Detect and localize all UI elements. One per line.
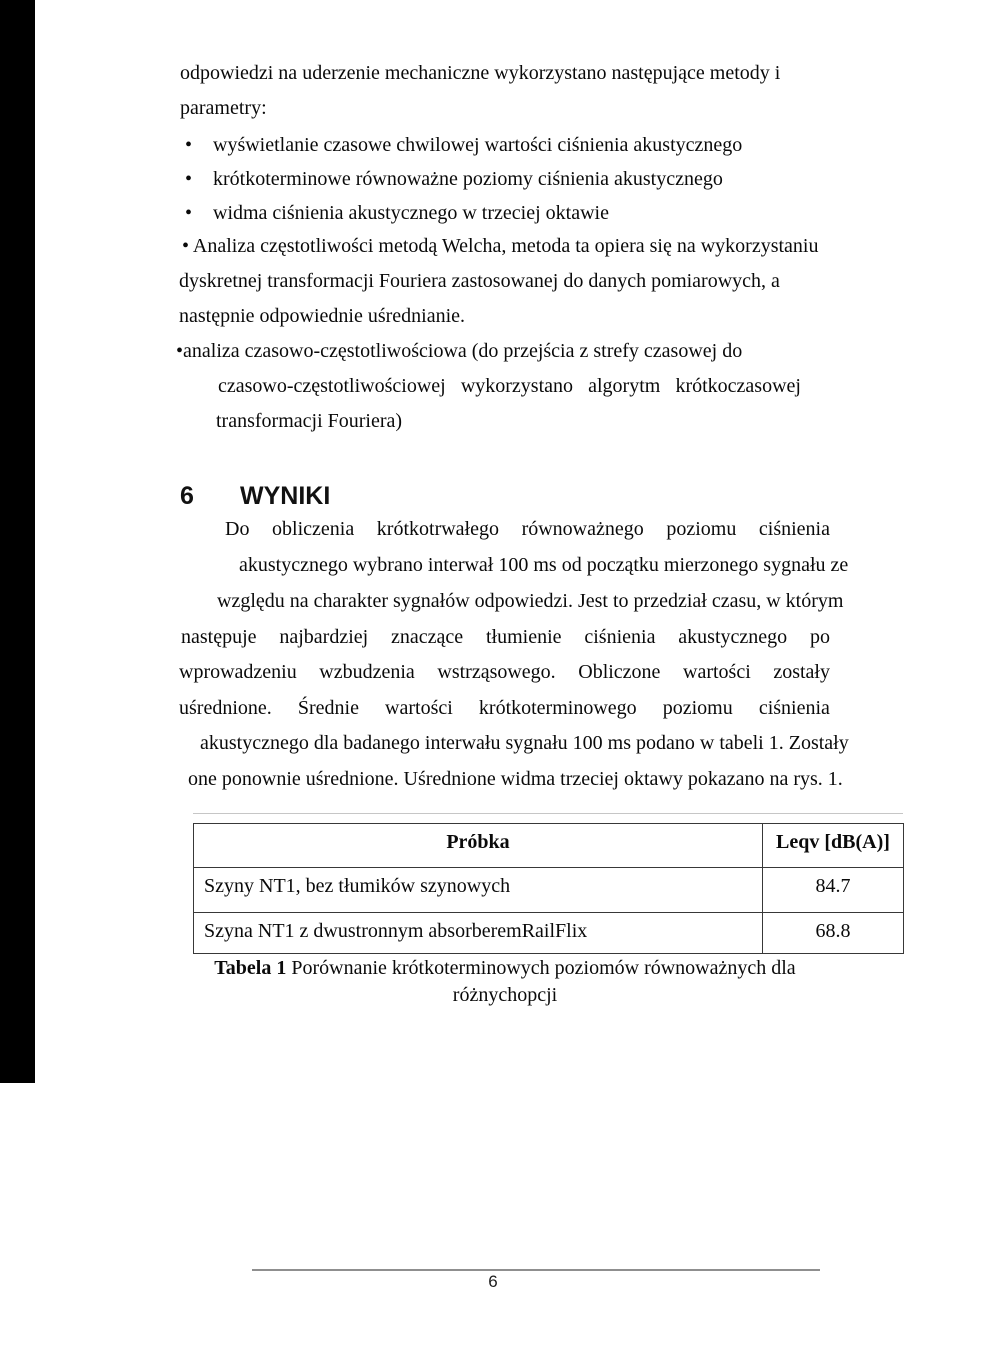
results-table: Próbka Leqv [dB(A)] Szyny NT1, bez tłumi…: [193, 823, 904, 954]
bullet-icon: •: [185, 202, 213, 225]
body-line: akustycznego wybrano interwał 100 ms od …: [239, 554, 848, 577]
body-line: Doobliczeniakrótkotrwałegorównoważnegopo…: [225, 518, 830, 541]
body-line: • Analiza częstotliwości metodą Welcha, …: [182, 235, 818, 258]
bullet-item-text: krótkoterminowe równoważne poziomy ciśni…: [213, 168, 723, 191]
body-line: następnie odpowiednie uśrednianie.: [179, 305, 465, 328]
body-line: parametry:: [180, 97, 267, 120]
body-line: względu na charakter sygnałów odpowiedzi…: [217, 590, 843, 613]
section-title: WYNIKI: [240, 482, 330, 511]
body-line: •analiza czasowo-częstotliwościowa (do p…: [176, 340, 742, 363]
table-top-faint-rule: [193, 813, 903, 814]
table-header-probka: Próbka: [194, 824, 763, 868]
body-line: one ponownie uśrednione. Uśrednione widm…: [188, 768, 843, 791]
body-line: uśrednione.Średniewartościkrótkoterminow…: [179, 697, 830, 720]
bullet-icon: •: [185, 168, 213, 191]
section-number: 6: [180, 482, 194, 511]
body-line: odpowiedzi na uderzenie mechaniczne wyko…: [180, 62, 780, 85]
table-row: Szyny NT1, bez tłumików szynowych 84.7: [194, 868, 904, 913]
bullet-item-text: widma ciśnienia akustycznego w trzeciej …: [213, 202, 609, 225]
left-scan-black-bar: [0, 0, 35, 1083]
table-cell-value: 84.7: [763, 868, 904, 913]
bullet-item-text: wyświetlanie czasowe chwilowej wartości …: [213, 134, 742, 157]
bullet-item: •wyświetlanie czasowe chwilowej wartości…: [185, 134, 825, 157]
table-cell-value: 68.8: [763, 913, 904, 954]
table-row: Szyna NT1 z dwustronnym absorberemRailFl…: [194, 913, 904, 954]
page-number: 6: [463, 1272, 523, 1292]
body-line: dyskretnej transformacji Fouriera zastos…: [179, 270, 780, 293]
paper-page: odpowiedzi na uderzenie mechaniczne wyko…: [0, 0, 1000, 1350]
table-header-leqv: Leqv [dB(A)]: [763, 824, 904, 868]
body-line: czasowo-częstotliwościowejwykorzystanoal…: [218, 375, 801, 398]
table-header-row: Próbka Leqv [dB(A)]: [194, 824, 904, 868]
body-line: akustycznego dla badanego interwału sygn…: [200, 732, 849, 755]
table-caption: Tabela 1 Porównanie krótkoterminowych po…: [180, 957, 830, 1007]
table-caption-line2: różnychopcji: [180, 984, 830, 1007]
table-cell-label: Szyna NT1 z dwustronnym absorberemRailFl…: [194, 913, 763, 954]
body-line: następujenajbardziejznaczącetłumienieciś…: [181, 626, 830, 649]
bullet-icon: •: [185, 134, 213, 157]
table-caption-label: Tabela 1: [214, 957, 286, 979]
table-caption-text: Porównanie krótkoterminowych poziomów ró…: [291, 957, 795, 979]
bullet-item: •krótkoterminowe równoważne poziomy ciśn…: [185, 168, 825, 191]
body-line: transformacji Fouriera): [216, 410, 402, 433]
bullet-item: •widma ciśnienia akustycznego w trzeciej…: [185, 202, 825, 225]
footer-rule: [252, 1269, 820, 1271]
table-cell-label: Szyny NT1, bez tłumików szynowych: [194, 868, 763, 913]
body-line: wprowadzeniuwzbudzeniawstrząsowego.Oblic…: [179, 661, 830, 684]
